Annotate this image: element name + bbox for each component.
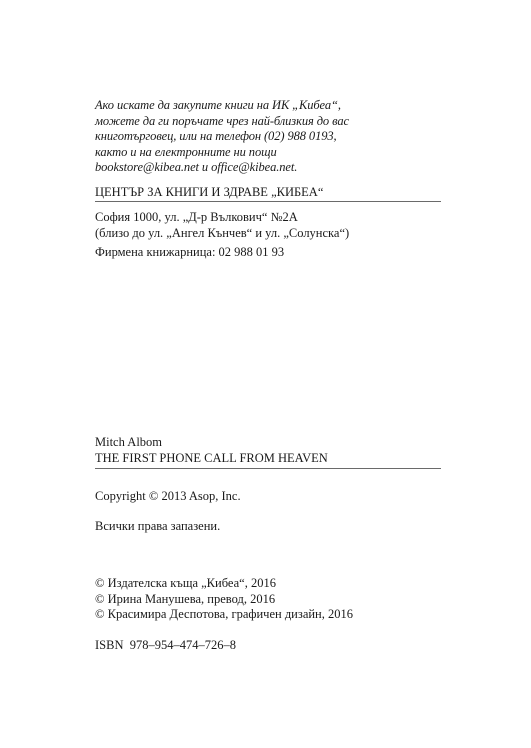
credit-line: © Издателска къща „Кибеа“, 2016 bbox=[95, 576, 441, 592]
ordering-info-line: bookstore@kibea.net и office@kibea.net. bbox=[95, 160, 441, 176]
ordering-info-line: както и на електронните ни пощи bbox=[95, 145, 441, 161]
divider bbox=[95, 201, 441, 202]
ordering-info-line: можете да ги поръчате чрез най-близкия д… bbox=[95, 114, 441, 130]
ordering-info-line: книготърговец, или на телефон (02) 988 0… bbox=[95, 129, 441, 145]
center-address: София 1000, ул. „Д-р Вълкович“ №2А (близ… bbox=[95, 210, 441, 241]
divider bbox=[95, 468, 441, 469]
original-title: THE FIRST PHONE CALL FROM HEAVEN bbox=[95, 451, 441, 467]
address-line: София 1000, ул. „Д-р Вълкович“ №2А bbox=[95, 210, 441, 226]
rights-reserved: Всички права запазени. bbox=[95, 519, 441, 535]
ordering-info: Ако искате да закупите книги на ИК „Кибе… bbox=[95, 98, 441, 176]
credit-line: © Красимира Деспотова, графичен дизайн, … bbox=[95, 607, 441, 623]
address-line: (близо до ул. „Ангел Кънчев“ и ул. „Солу… bbox=[95, 226, 441, 242]
credit-line: © Ирина Манушева, превод, 2016 bbox=[95, 592, 441, 608]
center-title: ЦЕНТЪР ЗА КНИГИ И ЗДРАВЕ „КИБЕА“ bbox=[95, 185, 441, 201]
ordering-info-line: Ако искате да закупите книги на ИК „Кибе… bbox=[95, 98, 441, 114]
copyright-line: Copyright © 2013 Asop, Inc. bbox=[95, 489, 441, 505]
bookstore-phone: Фирмена книжарница: 02 988 01 93 bbox=[95, 245, 441, 261]
original-author: Mitch Albom bbox=[95, 435, 441, 451]
credits: © Издателска къща „Кибеа“, 2016 © Ирина … bbox=[95, 576, 441, 623]
isbn: ISBN 978–954–474–726–8 bbox=[95, 638, 441, 654]
